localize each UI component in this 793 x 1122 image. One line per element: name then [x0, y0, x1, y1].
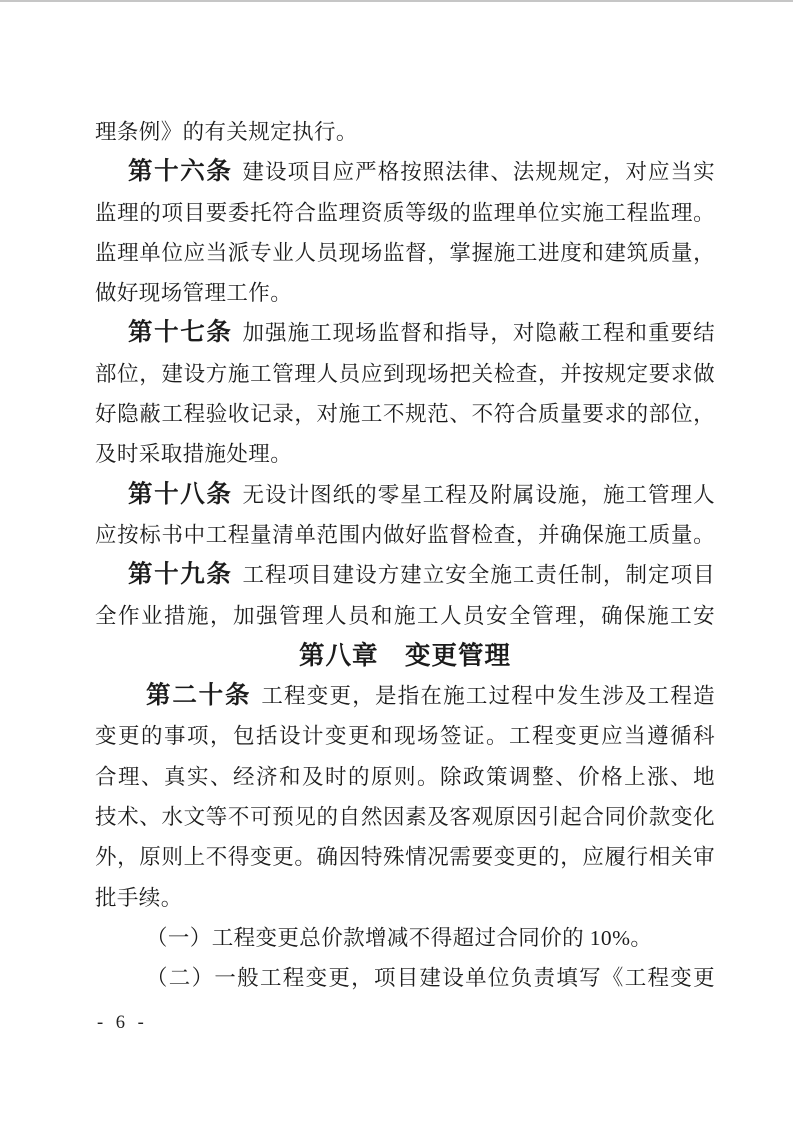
text-line: 变更的事项，包括设计变更和现场签证。工程变更应当遵循科学、 — [95, 716, 715, 756]
text-line: 监理的项目要委托符合监理资质等级的监理单位实施工程监理。 — [95, 193, 715, 233]
text-line: 好隐蔽工程验收记录，对施工不规范、不符合质量要求的部位， — [95, 394, 715, 434]
article-number: 第十九条 — [128, 561, 233, 588]
list-item: （一）工程变更总价款增减不得超过合同价的 10%。 — [95, 918, 715, 958]
chapter-heading: 第八章 变更管理 — [95, 636, 715, 676]
text-line: 合理、真实、经济和及时的原则。除政策调整、价格上涨、地质、 — [95, 757, 715, 797]
document-body: 理条例》的有关规定执行。 第十六条建设项目应严格按照法律、法规规定，对应当实施 … — [95, 112, 715, 999]
document-page: 理条例》的有关规定执行。 第十六条建设项目应严格按照法律、法规规定，对应当实施 … — [0, 0, 793, 1122]
text-line: 应按标书中工程量清单范围内做好监督检查，并确保施工质量。 — [95, 515, 715, 555]
text-line: 理条例》的有关规定执行。 — [95, 112, 715, 152]
text-line: 外，原则上不得变更。确因特殊情况需要变更的，应履行相关审 — [95, 837, 715, 877]
article-number: 第二十条 — [146, 682, 251, 709]
text-line: 部位，建设方施工管理人员应到现场把关检查，并按规定要求做 — [95, 354, 715, 394]
text-line: 第十六条建设项目应严格按照法律、法规规定，对应当实施 — [95, 152, 715, 192]
text-line: 第十七条加强施工现场监督和指导，对隐蔽工程和重要结构 — [95, 313, 715, 353]
scan-edge-line — [0, 0, 793, 2]
article-number: 第十六条 — [128, 158, 233, 185]
page-number: - 6 - — [97, 1013, 146, 1034]
text-line: 第十八条无设计图纸的零星工程及附属设施，施工管理人员 — [95, 475, 715, 515]
text-line: 第十九条工程项目建设方建立安全施工责任制，制定项目安 — [95, 555, 715, 595]
article-number: 第十八条 — [128, 481, 233, 508]
text-line: 及时采取措施处理。 — [95, 434, 715, 474]
text-line: 批手续。 — [95, 878, 715, 918]
text-line: 第二十条工程变更，是指在施工过程中发生涉及工程造价 — [95, 676, 715, 716]
list-item: （二）一般工程变更，项目建设单位负责填写《工程变更申 — [95, 958, 715, 998]
article-number: 第十七条 — [128, 319, 233, 346]
text-line: 做好现场管理工作。 — [95, 273, 715, 313]
text-line: 全作业措施，加强管理人员和施工人员安全管理，确保施工安全。 — [95, 596, 715, 636]
text-line: 技术、水文等不可预见的自然因素及客观原因引起合同价款变化 — [95, 797, 715, 837]
text-line: 监理单位应当派专业人员现场监督，掌握施工进度和建筑质量， — [95, 233, 715, 273]
